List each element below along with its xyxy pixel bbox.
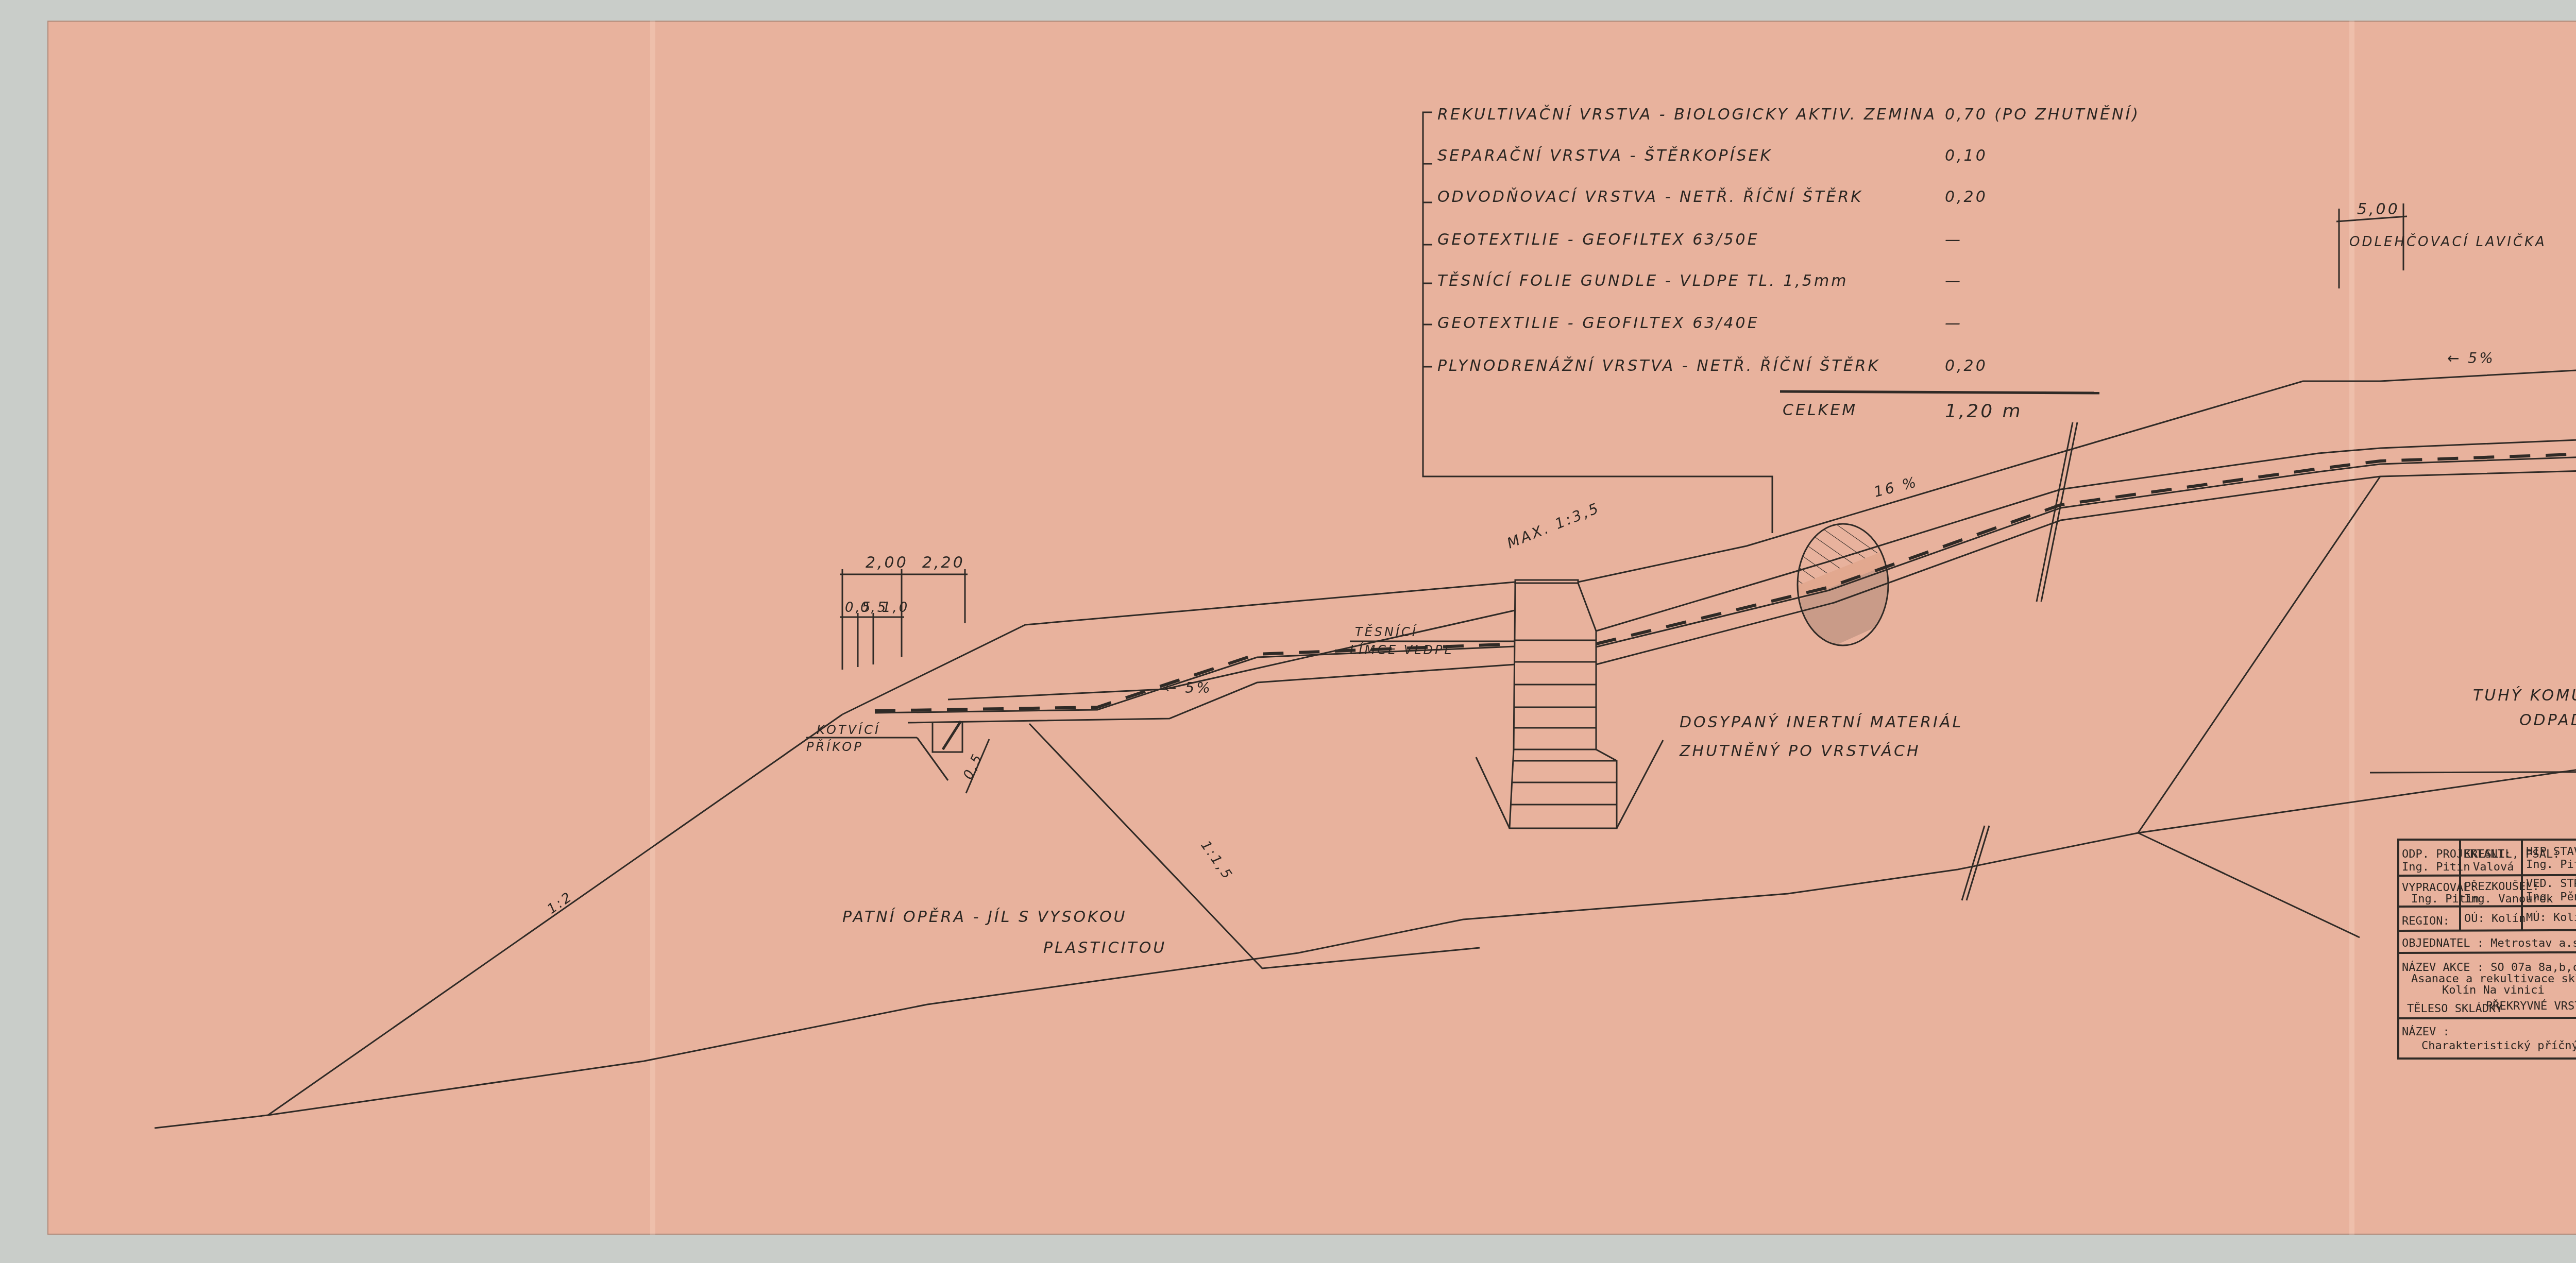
- slope-label: 1:2: [545, 889, 576, 917]
- total-label: CELKEM: [1783, 401, 1857, 419]
- tb-label: VED. STŘEDISKA:: [2526, 877, 2576, 890]
- layer-row-label: ODVODŇOVACÍ VRSTVA - NETŘ. ŘÍČNÍ ŠTĚRK: [1437, 187, 1863, 206]
- tb-value: MÚ: Kolín: [2526, 911, 2576, 924]
- dimension-label: 2,20: [922, 554, 965, 572]
- tb-value: Ing. Pitin: [2402, 861, 2470, 874]
- anchor-trench-label: PŘÍKOP: [806, 739, 863, 754]
- tb-nazev: Charakteristický příčný řez: [2421, 1039, 2576, 1052]
- layer-row-label: SEPARAČNÍ VRSTVA - ŠTĚRKOPÍSEK: [1437, 146, 1772, 165]
- seal-collar-label: LÍMCE VLDPE: [1350, 642, 1454, 657]
- layer-row-value: 0,20: [1945, 357, 1988, 375]
- layer-row-value: —: [1945, 231, 1962, 249]
- tb-label: NÁZEV :: [2402, 1025, 2450, 1038]
- layer-row-value: 0,10: [1945, 147, 1988, 165]
- layer-row-value: —: [1945, 272, 1962, 290]
- layers-table: REKULTIVAČNÍ VRSTVA - BIOLOGICKY AKTIV. …: [1423, 105, 2140, 533]
- layer-row-value: —: [1945, 314, 1962, 332]
- layer-row-label: GEOTEXTILIE - GEOFILTEX 63/40E: [1437, 314, 1759, 332]
- fill-label: ZHUTNĚNÝ PO VRSTVÁCH: [1679, 742, 1921, 760]
- toe-berm-label: PATNÍ OPĚRA - JÍL S VYSOKOU: [842, 908, 1127, 926]
- layer-row-label: PLYNODRENÁŽNÍ VRSTVA - NETŘ. ŘÍČNÍ ŠTĚRK: [1437, 356, 1880, 375]
- cross-section-drawing: REKULTIVAČNÍ VRSTVA - BIOLOGICKY AKTIV. …: [0, 0, 2576, 1263]
- slope-label: MAX. 1:3,5: [1504, 499, 1602, 552]
- toe-berm-label: PLASTICITOU: [1043, 939, 1166, 957]
- dimension-label: 1,0: [882, 600, 909, 616]
- layer-row-value: 0,70 (PO ZHUTNĚNÍ): [1945, 105, 2140, 124]
- layer-row-value: 0,20: [1945, 188, 1988, 206]
- tb-value: Ing. Pitin: [2526, 858, 2576, 871]
- waste-label: TUHÝ KOMUNÁLNÍ: [2473, 686, 2576, 705]
- tb-prekryvne: PŘEKRYVNÉ VRSTVY: [2486, 999, 2576, 1013]
- fill-label: DOSYPANÝ INERTNÍ MATERIÁL: [1680, 713, 1963, 731]
- total-value: 1,20 m: [1945, 401, 2023, 422]
- dimension-label: 2,00: [866, 554, 908, 572]
- slope-label: ← 5%: [2447, 350, 2495, 367]
- bench-width: 5,00: [2357, 200, 2400, 218]
- tb-label: HIP STAVBY:: [2526, 845, 2576, 858]
- section-geometry: [155, 252, 2576, 1128]
- tb-value: OÚ: Kolín: [2464, 912, 2526, 925]
- tb-value: Valová: [2473, 861, 2514, 874]
- gas-well-shaft: [1476, 580, 1663, 828]
- bench-label: ODLEHČOVACÍ LAVIČKA: [2349, 233, 2547, 250]
- title-block: ODP. PROJEKTANT: Ing. Pitin KRESLIL, PSA…: [2370, 770, 2576, 1059]
- anchor-trench-label: KOTVÍCÍ: [817, 722, 880, 737]
- tb-objednatel: OBJEDNATEL : Metrostav a.s. divize 06: [2402, 937, 2576, 950]
- waste-label: ODPAD: [2519, 711, 2576, 729]
- slope-label: ← 5%: [1164, 679, 1212, 696]
- seal-collar-label: TĚSNÍCÍ: [1355, 624, 1418, 639]
- tb-label: REGION:: [2402, 915, 2450, 928]
- layer-row-label: TĚSNÍCÍ FOLIE GUNDLE - VLDPE TL. 1,5mm: [1437, 271, 1848, 290]
- layer-row-label: GEOTEXTILIE - GEOFILTEX 63/50E: [1437, 231, 1759, 249]
- slope-label: 1:1,5: [1197, 838, 1235, 883]
- layer-row-label: REKULTIVAČNÍ VRSTVA - BIOLOGICKY AKTIV. …: [1437, 105, 1937, 124]
- layer-detail-circle: [1793, 515, 1896, 664]
- tb-nazev-akce: Kolín Na vinici: [2442, 984, 2545, 997]
- tb-value: Ing. Pěnka: [2526, 891, 2576, 903]
